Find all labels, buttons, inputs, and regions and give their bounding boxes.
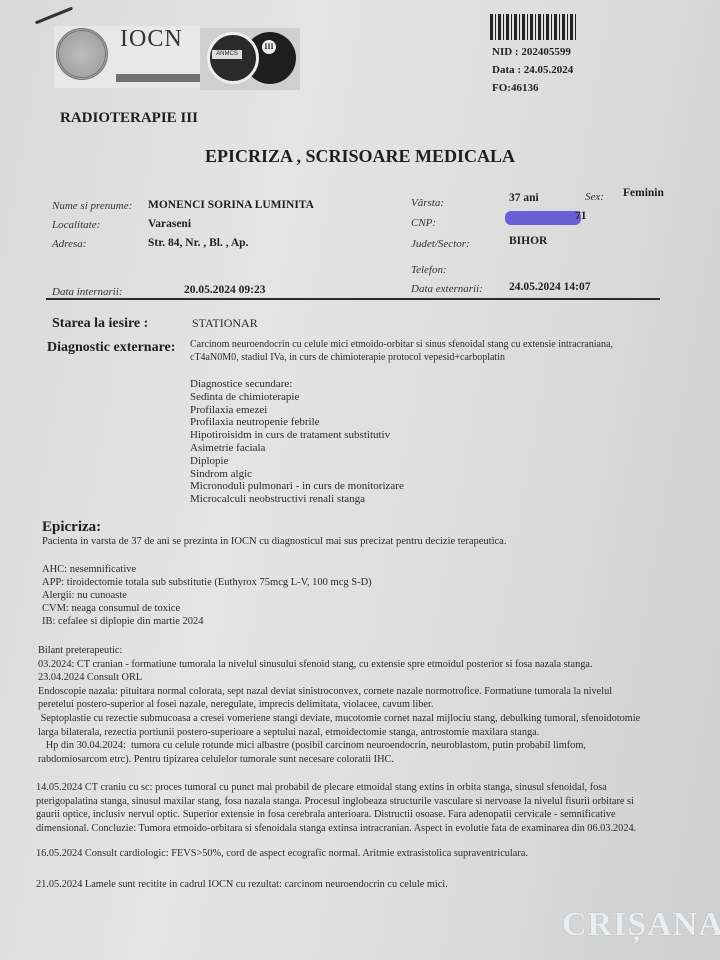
diagnosis-label: Diagnostic externare: bbox=[47, 340, 175, 356]
list-item: Sedinta de chimioterapie bbox=[190, 391, 404, 404]
age-label: Vârsta: bbox=[411, 197, 444, 209]
header-divider bbox=[46, 298, 660, 300]
cnp-label: CNP: bbox=[411, 217, 436, 229]
name-label: Nume si prenume: bbox=[52, 200, 132, 212]
workup-line: Bilant preterapeutic: bbox=[38, 644, 640, 658]
county-value: BIHOR bbox=[509, 235, 547, 247]
workup-line: larga bilaterala, rezectia portiunii pos… bbox=[38, 726, 640, 740]
iocn-logo-text: IOCN bbox=[120, 26, 183, 53]
cardiology-consult: 16.05.2024 Consult cardiologic: FEVS>50%… bbox=[36, 847, 528, 860]
accreditation-level: III bbox=[262, 40, 276, 54]
discharge-value: 24.05.2024 14:07 bbox=[509, 281, 590, 293]
workup-line: Hp din 30.04.2024: tumora cu celule rotu… bbox=[38, 739, 640, 753]
list-item: Profilaxia emezei bbox=[190, 404, 404, 417]
ct-line: 14.05.2024 CT craniu cu sc: proces tumor… bbox=[36, 781, 636, 795]
workup-line: Endoscopie nazala: pituitara normal colo… bbox=[38, 685, 640, 699]
history-ib: IB: cefalee si diplopie din martie 2024 bbox=[42, 615, 372, 628]
sex-value: Feminin bbox=[623, 187, 664, 199]
ct-line: pterigopalatina stanga, sinusul maxilar … bbox=[36, 795, 636, 809]
fo-number: FO:46136 bbox=[492, 82, 538, 94]
history-cvm: CVM: neaga consumul de toxice bbox=[42, 602, 372, 615]
watermark-logo: CRIȘANA bbox=[562, 906, 720, 944]
discharge-state-value: STATIONAR bbox=[192, 317, 258, 330]
workup-line: 23.04.2024 Consult ORL bbox=[38, 671, 640, 685]
list-item: Hipotiroisidm in curs de tratament subst… bbox=[190, 429, 404, 442]
ct-line: gaurii optice, inclusiv nervul optic. Su… bbox=[36, 808, 636, 822]
locality-value: Varaseni bbox=[148, 218, 191, 230]
list-item: Sindrom algic bbox=[190, 468, 404, 481]
ct-report: 14.05.2024 CT craniu cu sc: proces tumor… bbox=[36, 781, 636, 835]
diagnosis-line-2: cT4aN0M0, stadiul IVa, in curs de chimio… bbox=[190, 351, 505, 364]
list-item: Microcalculi neobstructivi renali stanga bbox=[190, 493, 404, 506]
pretherapeutic-workup: Bilant preterapeutic: 03.2024: CT crania… bbox=[38, 644, 640, 766]
diagnosis-line-1: Carcinom neuroendocrin cu celule mici et… bbox=[190, 338, 613, 351]
discharge-label: Data externarii: bbox=[411, 283, 483, 295]
list-item: Profilaxia neutropenie febrile bbox=[190, 416, 404, 429]
county-label: Judet/Sector: bbox=[411, 238, 470, 250]
workup-line: 03.2024: CT cranian - formatiune tumoral… bbox=[38, 658, 640, 672]
locality-label: Localitate: bbox=[52, 219, 100, 231]
epicrisis-title: Epicriza: bbox=[42, 519, 101, 536]
institute-seal-icon bbox=[56, 28, 108, 80]
admission-value: 20.05.2024 09:23 bbox=[184, 284, 265, 296]
sex-label: Sex: bbox=[585, 191, 604, 203]
document-date: Data : 24.05.2024 bbox=[492, 64, 573, 76]
iocn-logo: IOCN bbox=[54, 26, 200, 88]
address-value: Str. 84, Nr. , Bl. , Ap. bbox=[148, 237, 248, 249]
barcode bbox=[490, 14, 578, 40]
department-title: RADIOTERAPIE III bbox=[60, 110, 198, 127]
secondary-title: Diagnostice secundare: bbox=[190, 378, 404, 391]
list-item: Micronoduli pulmonari - in curs de monit… bbox=[190, 480, 404, 493]
page-title: EPICRIZA , SCRISOARE MEDICALA bbox=[0, 146, 720, 167]
ct-line: dimensional. Concluzie: Tumora etmoido-o… bbox=[36, 822, 636, 836]
nid: NID : 202405599 bbox=[492, 46, 571, 58]
history-ahc: AHC: nesemnificative bbox=[42, 563, 372, 576]
cnp-redaction bbox=[505, 211, 581, 225]
history-app: APP: tiroidectomie totala sub substituti… bbox=[42, 576, 372, 589]
phone-label: Telefon: bbox=[411, 264, 447, 276]
workup-line: Septoplastie cu rezectie submucoasa a cr… bbox=[38, 712, 640, 726]
cnp-value: 71 bbox=[575, 210, 587, 222]
secondary-diagnoses: Diagnostice secundare: Sedinta de chimio… bbox=[190, 378, 404, 506]
workup-line: peretelui postero-superior al fosei naza… bbox=[38, 698, 640, 712]
medical-history: AHC: nesemnificative APP: tiroidectomie … bbox=[42, 563, 372, 628]
slide-review: 21.05.2024 Lamele sunt recitite in cadru… bbox=[36, 878, 448, 891]
age-value: 37 ani bbox=[509, 192, 539, 204]
list-item: Diplopie bbox=[190, 455, 404, 468]
name-value: MONENCI SORINA LUMINITA bbox=[148, 199, 314, 211]
history-allergies: Alergii: nu cunoaste bbox=[42, 589, 372, 602]
pen-mark bbox=[35, 7, 73, 25]
epicrisis-intro: Pacienta in varsta de 37 de ani se prezi… bbox=[42, 535, 506, 548]
address-label: Adresa: bbox=[52, 238, 86, 250]
anmcs-logo: ANMCS III bbox=[200, 28, 300, 90]
discharge-state-label: Starea la iesire : bbox=[52, 316, 148, 332]
admission-label: Data internarii: bbox=[52, 286, 123, 298]
workup-line: rabdomiosarcom etrc). Pentru tipizarea c… bbox=[38, 753, 640, 767]
list-item: Asimetrie faciala bbox=[190, 442, 404, 455]
anmcs-label: ANMCS bbox=[212, 50, 242, 59]
iocn-logo-bar bbox=[116, 74, 200, 82]
